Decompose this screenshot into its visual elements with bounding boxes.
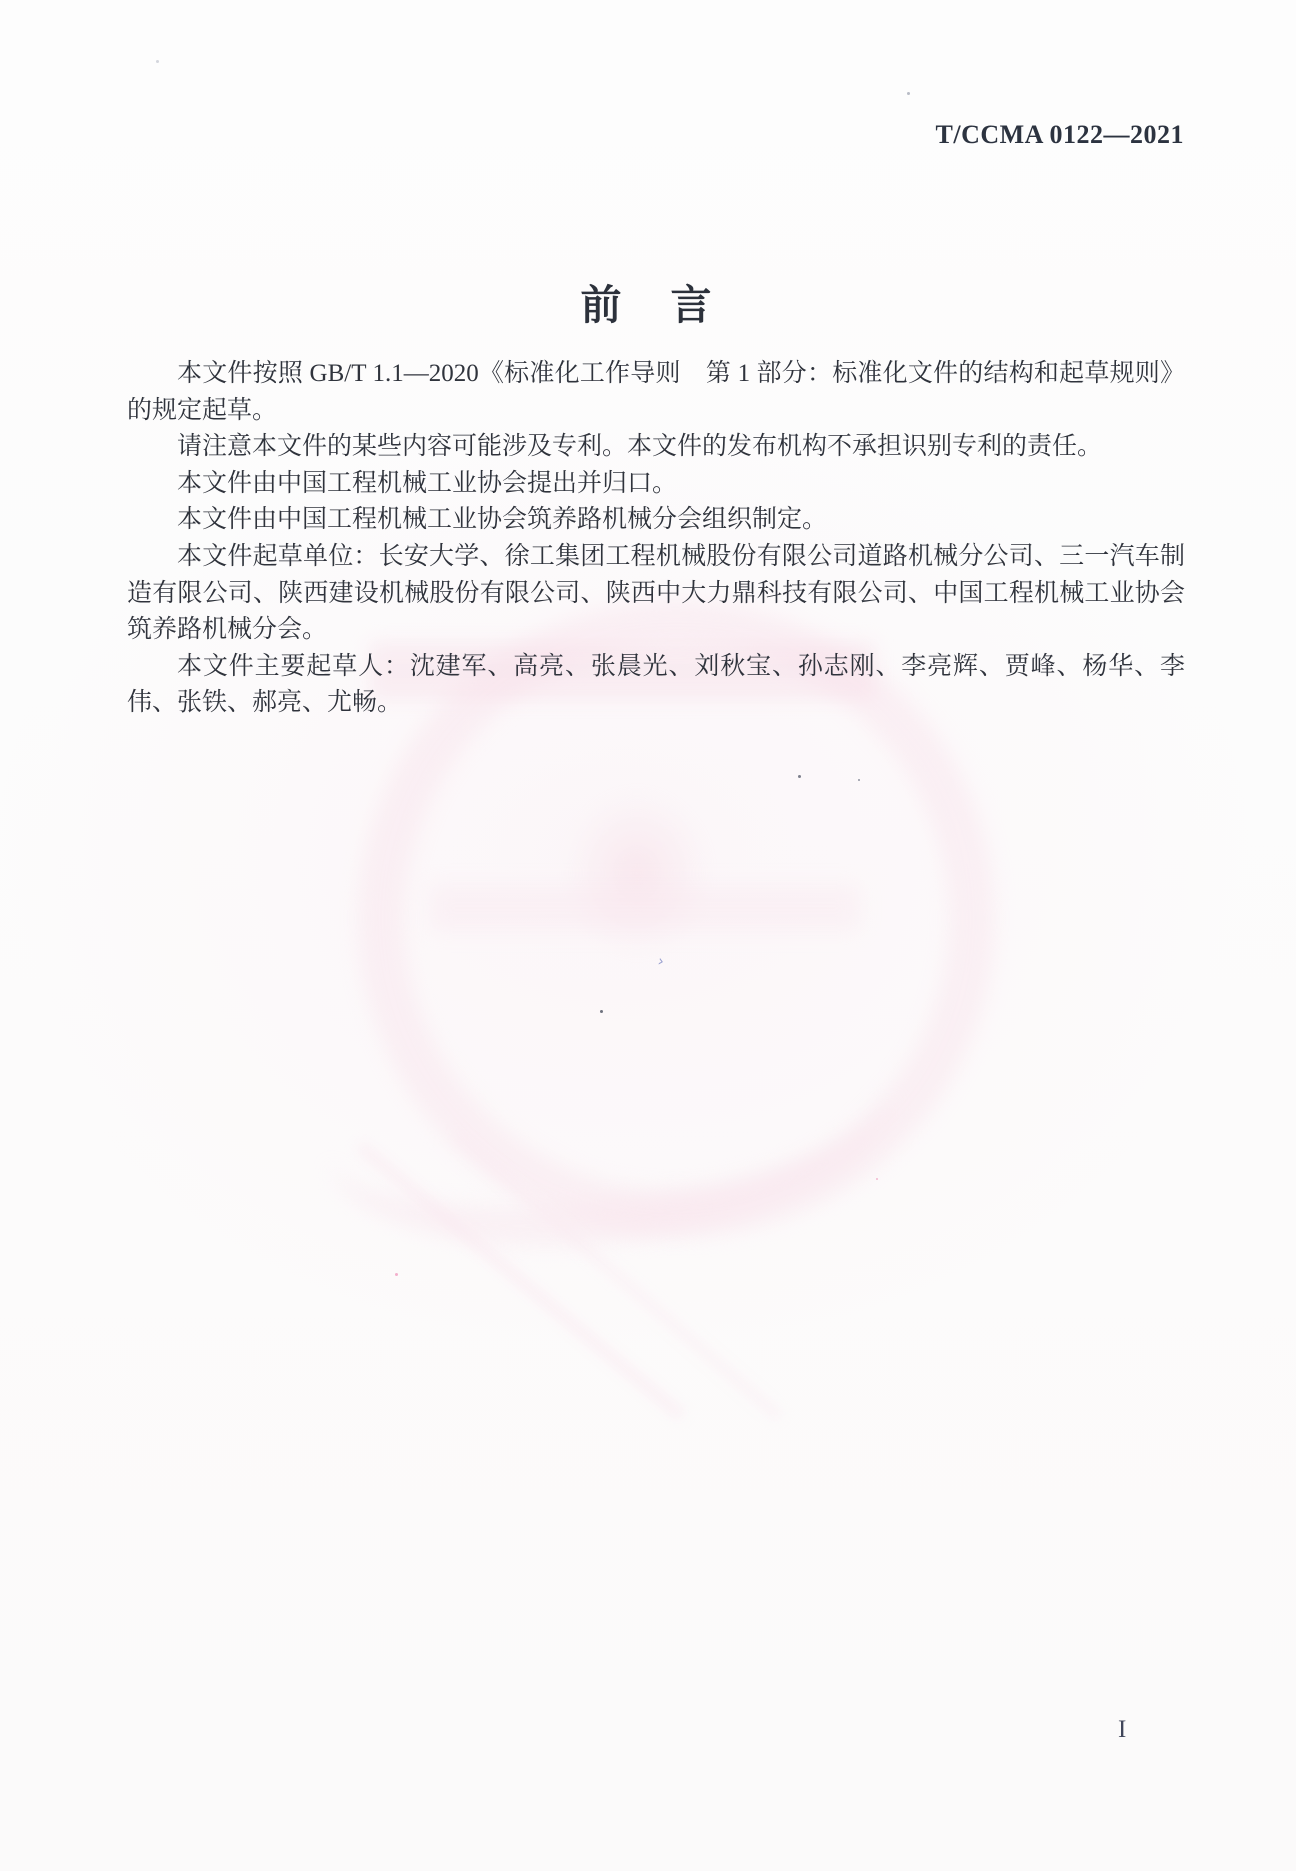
- scan-noise-mark: ›: [656, 952, 666, 971]
- paragraph-drafting-rules: 本文件按照 GB/T 1.1—2020《标准化工作导则 第 1 部分：标准化文件…: [127, 356, 1185, 429]
- scan-noise-speck: [798, 775, 801, 778]
- watermark-streak: [452, 1131, 783, 1421]
- paragraph-patent-notice: 请注意本文件的某些内容可能涉及专利。本文件的发布机构不承担识别专利的责任。: [127, 429, 1185, 466]
- watermark-emblem-core: [562, 788, 712, 958]
- scan-noise-speck: [858, 779, 860, 781]
- page-number: I: [1118, 1716, 1126, 1744]
- page-title: 前 言: [0, 272, 1296, 331]
- watermark-ghost-band: [430, 885, 860, 931]
- foreword-body: 本文件按照 GB/T 1.1—2020《标准化工作导则 第 1 部分：标准化文件…: [127, 356, 1185, 722]
- paragraph-organized-by: 本文件由中国工程机械工业协会筑养路机械分会组织制定。: [127, 502, 1185, 539]
- paragraph-proposed-by: 本文件由中国工程机械工业协会提出并归口。: [127, 466, 1185, 503]
- watermark-streak: [356, 1141, 685, 1420]
- scan-noise-speck: [156, 60, 159, 63]
- paragraph-main-drafters: 本文件主要起草人：沈建军、高亮、张晨光、刘秋宝、孙志刚、李亮辉、贾峰、杨华、李伟…: [127, 649, 1185, 722]
- scan-noise-speck: [600, 1010, 603, 1013]
- watermark-ribbon-swirl: [312, 966, 907, 1276]
- document-page: › T/CCMA 0122—2021 前 言 本文件按照 GB/T 1.1—20…: [0, 0, 1296, 1871]
- scan-noise-speck: [876, 1178, 878, 1180]
- scan-noise-speck: [395, 1273, 398, 1276]
- standard-number: T/CCMA 0122—2021: [936, 120, 1185, 150]
- paragraph-drafting-organizations: 本文件起草单位：长安大学、徐工集团工程机械股份有限公司道路机械分公司、三一汽车制…: [127, 539, 1185, 649]
- scan-noise-speck: [907, 92, 910, 95]
